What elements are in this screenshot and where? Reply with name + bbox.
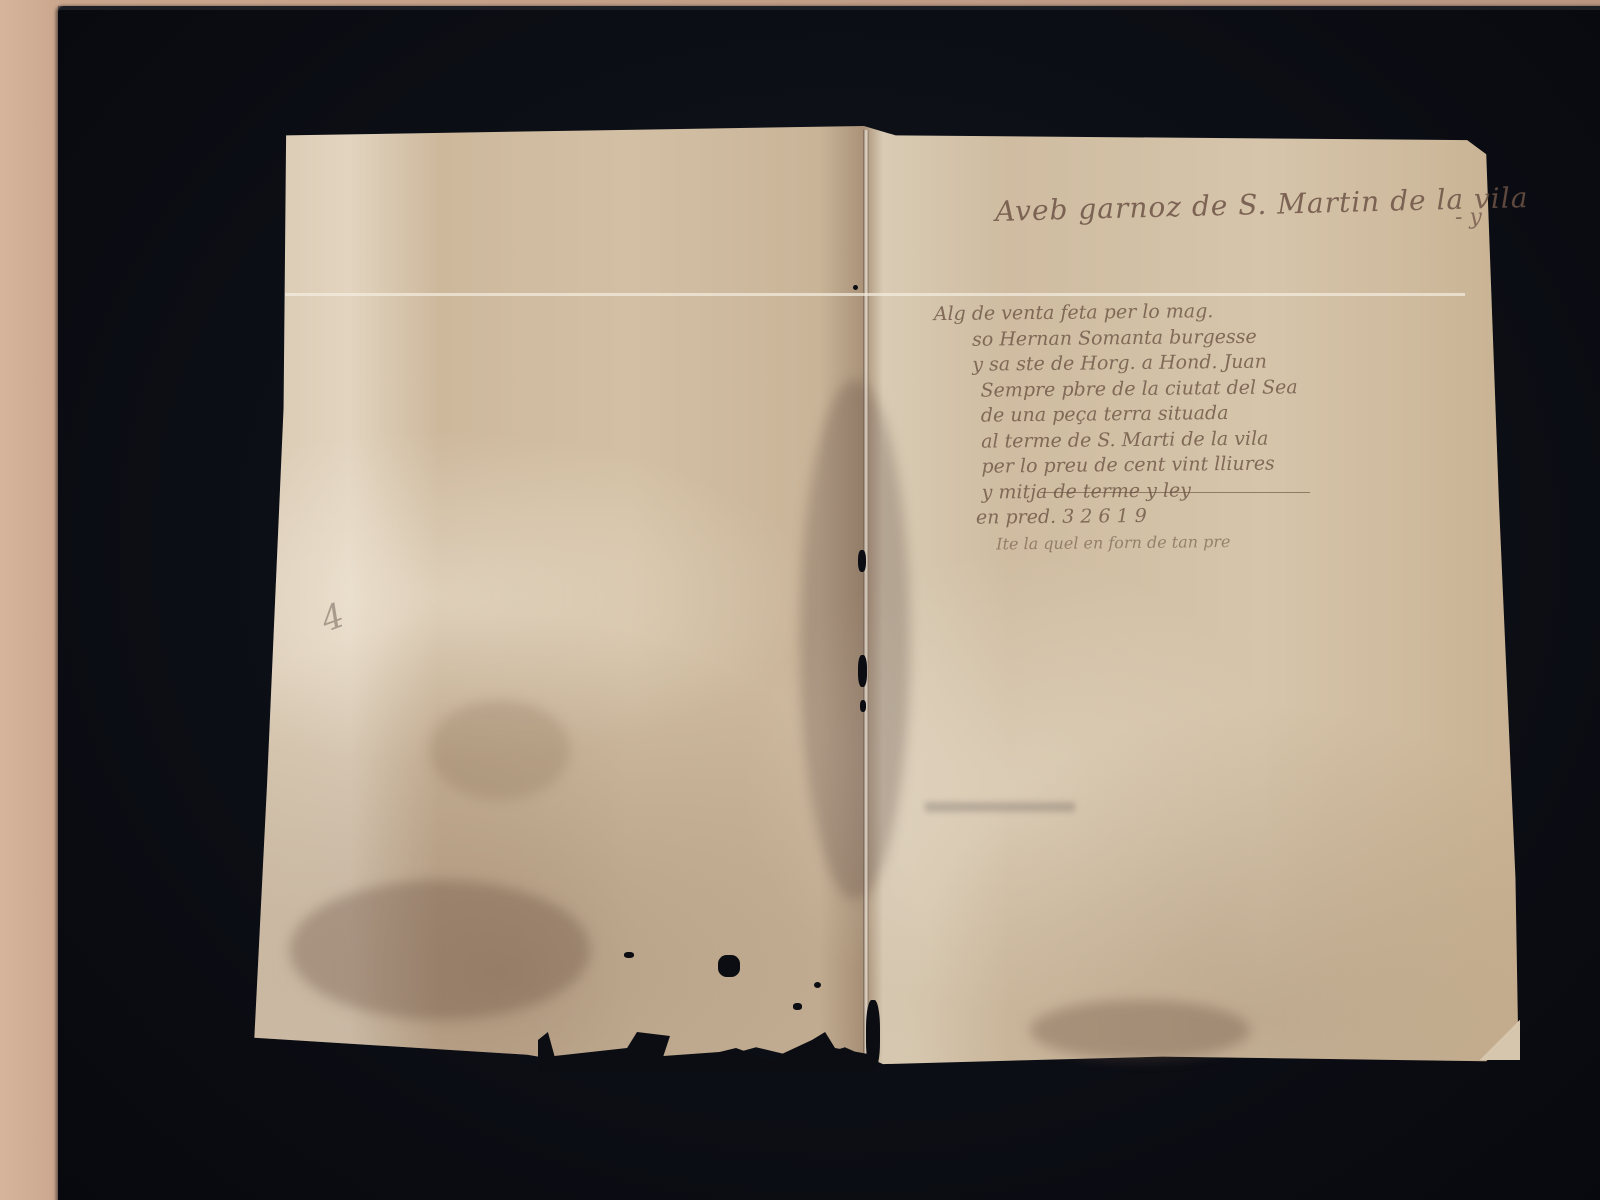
worm-hole <box>718 955 740 977</box>
worm-hole <box>814 982 821 988</box>
water-stain <box>430 700 570 800</box>
worm-hole <box>860 700 866 712</box>
horizontal-fold <box>285 293 1465 296</box>
document-body: Alg de venta feta per lo mag. so Hernan … <box>934 298 1337 557</box>
worm-hole <box>624 952 634 958</box>
worm-hole <box>853 285 858 290</box>
water-stain <box>800 380 910 900</box>
document-heading-tail: - y <box>1455 205 1482 230</box>
worm-hole <box>858 550 866 572</box>
closing-line: Ite la quel en forn de tan pre <box>936 527 1336 557</box>
water-stain <box>1030 1000 1250 1060</box>
water-stain <box>290 880 590 1020</box>
folded-corner <box>1480 1020 1520 1060</box>
faint-ink-trace <box>925 802 1075 812</box>
center-fold <box>863 130 869 1060</box>
board-edge <box>58 6 1600 10</box>
body-line: Sempre pbre de la ciutat del Sea <box>934 374 1334 404</box>
underline-rule <box>1040 492 1310 493</box>
worm-hole <box>793 1003 802 1010</box>
worm-hole <box>858 655 867 687</box>
torn-edge <box>866 1000 880 1070</box>
